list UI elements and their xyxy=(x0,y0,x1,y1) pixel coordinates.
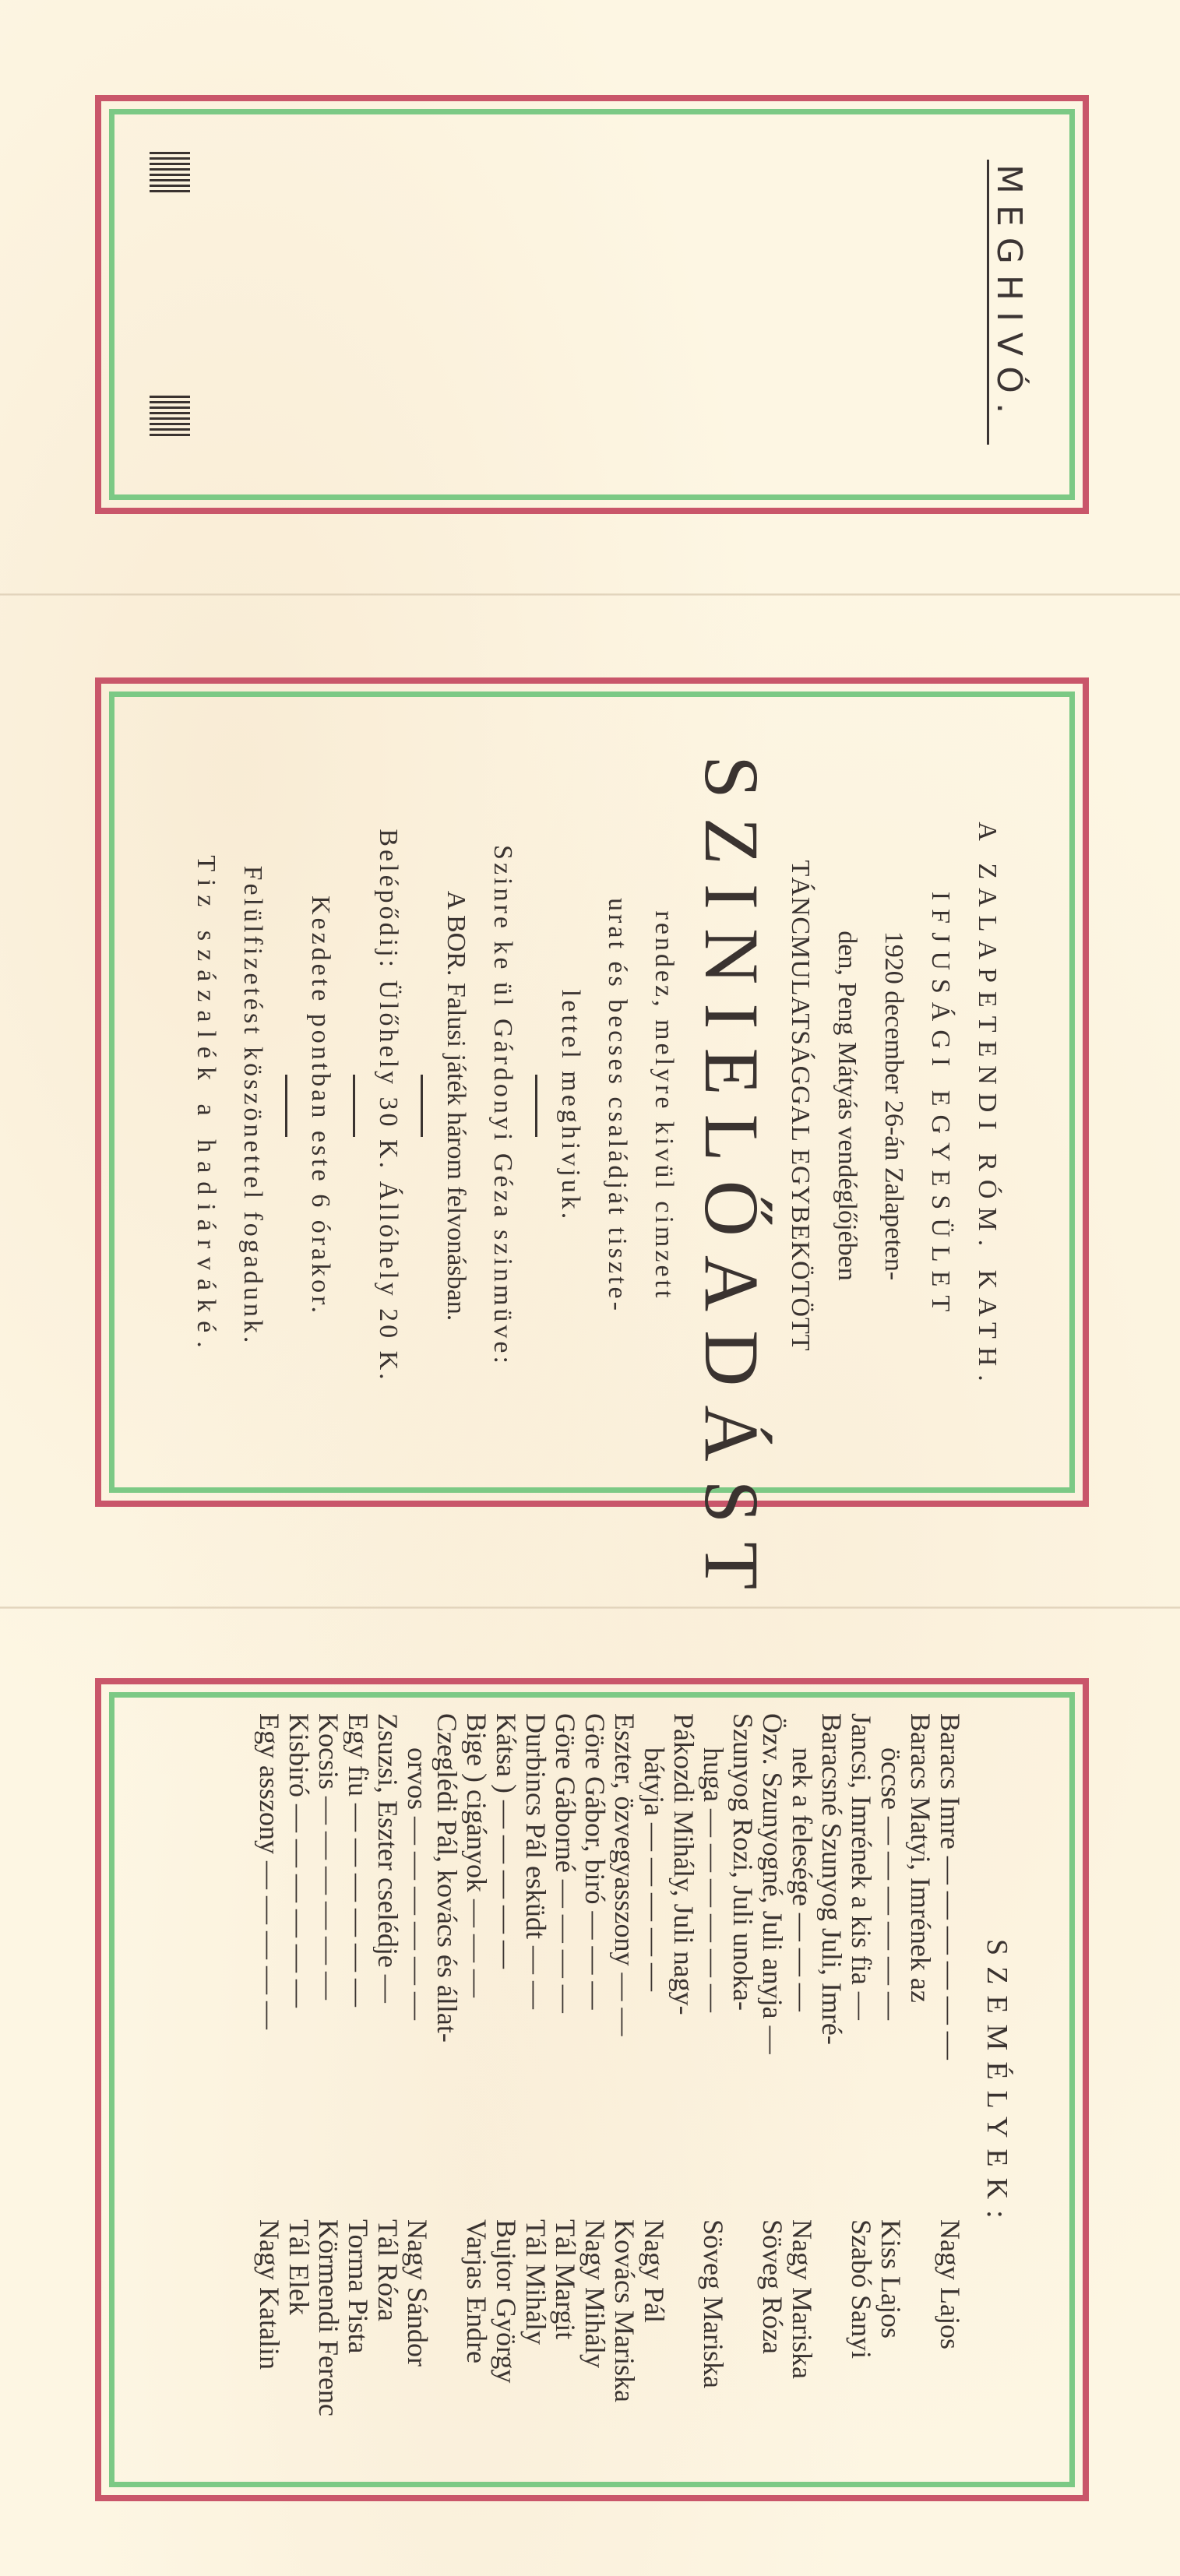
play-line-2: A BOR. Falusi játék három felvonásban. xyxy=(432,755,479,1456)
cast-actor: Nagy Lajos xyxy=(935,2219,965,2461)
fold-crease-upper xyxy=(0,593,1180,596)
cast-role: nek a felesége — — — xyxy=(787,1713,817,2219)
cast-actor: Kiss Lajos xyxy=(876,2219,906,2461)
cast-actor xyxy=(669,2219,699,2461)
cast-role: Kátsa ) — — — — — xyxy=(491,1713,521,2219)
cast-row: Baracs Matyi, Imrének az xyxy=(906,1713,935,2461)
cast-role: Özv. Szunyogné, Juli anyja — xyxy=(758,1713,787,2219)
ornament-bars-icon xyxy=(150,152,190,192)
cast-row: Göre Gábor, biró — — —Nagy Mihály xyxy=(580,1713,610,2461)
invitation-panel: A ZALAPETENDI RÓM. KATH. IFJUSÁGI EGYESÜ… xyxy=(95,677,1089,1507)
cast-row: Egy fiu — — — — — —Torma Pista xyxy=(343,1713,373,2461)
cast-list: Baracs Imre — — — — — —Nagy LajosBaracs … xyxy=(255,1713,965,2461)
cast-row: öccse — — — — — —Kiss Lajos xyxy=(876,1713,906,2461)
cast-actor: Körmendi Ferenc xyxy=(314,2219,343,2461)
cast-actor xyxy=(906,2219,935,2461)
cast-role: Kisbiró — — — — — — xyxy=(284,1713,314,2219)
cast-actor xyxy=(817,2219,847,2461)
cast-role: öccse — — — — — — xyxy=(876,1713,906,2219)
cast-row: Baracsné Szunyog Juli, Imré- xyxy=(817,1713,847,2461)
cast-role: Bige ) cigányok — — — xyxy=(462,1713,491,2219)
body-line-2: urat és becses családját tiszte- xyxy=(594,755,640,1456)
cover-panel: MEGHIVÓ. xyxy=(95,95,1089,514)
cast-role: Jancsi, Imrének a kis fia — xyxy=(847,1713,876,2219)
cast-panel: SZEMÉLYEK: Baracs Imre — — — — — —Nagy L… xyxy=(95,1678,1089,2501)
cast-actor: Söveg Róza xyxy=(758,2219,787,2461)
fold-crease-lower xyxy=(0,1606,1180,1609)
cast-actor: Söveg Mariska xyxy=(699,2219,728,2461)
cast-role: Eszter, özvegyasszony — — xyxy=(610,1713,639,2219)
cast-actor: Nagy Katalin xyxy=(255,2219,284,2461)
cast-row: nek a felesége — — —Nagy Mariska xyxy=(787,1713,817,2461)
organizer-line-2: IFJUSÁGI EGYESÜLET xyxy=(917,755,963,1456)
cast-actor xyxy=(728,2219,758,2461)
cast-actor: Tál Mihály xyxy=(521,2219,551,2461)
inner-green-border xyxy=(109,109,1075,500)
cast-row: bátyja — — — — —Nagy Pál xyxy=(639,1713,669,2461)
cast-actor: Varjas Endre xyxy=(462,2219,491,2461)
closing-line-2: Tiz százalék a hadiárváké. xyxy=(182,755,229,1456)
date-line-2: den, Peng Mátyás vendéglőjében xyxy=(823,755,870,1456)
cast-role: Baracs Matyi, Imrének az xyxy=(906,1713,935,2219)
cover-title: MEGHIVÓ. xyxy=(987,160,1028,445)
cast-row: Egy asszony — — — — —Nagy Katalin xyxy=(255,1713,284,2461)
cast-row: Kocsis — — — — — —Körmendi Ferenc xyxy=(314,1713,343,2461)
cast-actor: Tál Elek xyxy=(284,2219,314,2461)
cast-role: Baracs Imre — — — — — — xyxy=(935,1713,965,2219)
cast-role: Kocsis — — — — — — xyxy=(314,1713,343,2219)
organizer-line-1: A ZALAPETENDI RÓM. KATH. xyxy=(963,755,1010,1456)
cast-row: Baracs Imre — — — — — —Nagy Lajos xyxy=(935,1713,965,2461)
closing-line-1: Felülfizetést köszönettel fogadunk. xyxy=(229,755,276,1456)
cast-actor: Kovács Mariska xyxy=(610,2219,639,2461)
cast-actor xyxy=(432,2219,462,2461)
cast-row: Czeglédi Pál, kovács és állat- xyxy=(432,1713,462,2461)
cast-role: Durbincs Pál esküdt — — xyxy=(521,1713,551,2219)
cast-role: Zsuzsi, Eszter cselédje — xyxy=(373,1713,403,2219)
dance-line: TÁNCMULATSÁGGAL EGYBEKÖTÖTT xyxy=(777,755,823,1456)
cast-role: Egy fiu — — — — — — xyxy=(343,1713,373,2219)
cast-role: Baracsné Szunyog Juli, Imré- xyxy=(817,1713,847,2219)
headline: SZINIELŐADÁST xyxy=(687,755,777,1456)
cast-row: Szunyog Rozi, Juli unoka- xyxy=(728,1713,758,2461)
cast-role: Pákozdi Mihály, Juli nagy- xyxy=(669,1713,699,2219)
cast-role: Göre Gábor, biró — — — xyxy=(580,1713,610,2219)
cast-actor: Nagy Sándor xyxy=(403,2219,432,2461)
separator-rule xyxy=(353,1075,355,1137)
body-line-1: rendez, melyre kivül cimzett xyxy=(640,755,687,1456)
cast-actor: Tál Róza xyxy=(373,2219,403,2461)
cast-row: Kisbiró — — — — — —Tál Elek xyxy=(284,1713,314,2461)
separator-rule xyxy=(421,1075,423,1137)
cast-row: Eszter, özvegyasszony — —Kovács Mariska xyxy=(610,1713,639,2461)
price-line: Belépődij: Ülőhely 30 K. Állóhely 20 K. xyxy=(365,755,411,1456)
cast-row: Jancsi, Imrének a kis fia —Szabó Sanyi xyxy=(847,1713,876,2461)
cast-role: Czeglédi Pál, kovács és állat- xyxy=(432,1713,462,2219)
separator-rule xyxy=(285,1075,287,1137)
cast-actor: Nagy Pál xyxy=(639,2219,669,2461)
cast-actor: Bujtor György xyxy=(491,2219,521,2461)
cast-row: Kátsa ) — — — — —Bujtor György xyxy=(491,1713,521,2461)
invitation-text: A ZALAPETENDI RÓM. KATH. IFJUSÁGI EGYESÜ… xyxy=(153,755,1010,1456)
play-line-1: Szinre ke ül Gárdonyi Géza szinmüve: xyxy=(479,755,526,1456)
cast-row: Zsuzsi, Eszter cselédje —Tál Róza xyxy=(373,1713,403,2461)
cast-row: orvos — — — — — —Nagy Sándor xyxy=(403,1713,432,2461)
start-time-line: Kezdete pontban este 6 órakor. xyxy=(297,755,343,1456)
cast-row: Bige ) cigányok — — —Varjas Endre xyxy=(462,1713,491,2461)
cast-actor: Tál Margit xyxy=(551,2219,580,2461)
ornament-bars-icon xyxy=(150,396,190,436)
cast-role: huga — — — — — — xyxy=(699,1713,728,2219)
cast-role: bátyja — — — — — xyxy=(639,1713,669,2219)
cast-row: Durbincs Pál esküdt — —Tál Mihály xyxy=(521,1713,551,2461)
separator-rule xyxy=(535,1075,537,1137)
date-line-1: 1920 december 26-án Zalapeten- xyxy=(870,755,917,1456)
cast-heading: SZEMÉLYEK: xyxy=(980,1939,1014,2229)
cast-role: Göre Gáborné — — — — xyxy=(551,1713,580,2219)
cast-role: Szunyog Rozi, Juli unoka- xyxy=(728,1713,758,2219)
cast-actor: Nagy Mariska xyxy=(787,2219,817,2461)
cast-row: Pákozdi Mihály, Juli nagy- xyxy=(669,1713,699,2461)
cast-actor: Szabó Sanyi xyxy=(847,2219,876,2461)
cast-actor: Torma Pista xyxy=(343,2219,373,2461)
cast-actor: Nagy Mihály xyxy=(580,2219,610,2461)
cast-role: orvos — — — — — — xyxy=(403,1713,432,2219)
cast-role: Egy asszony — — — — — xyxy=(255,1713,284,2219)
cast-row: Göre Gáborné — — — —Tál Margit xyxy=(551,1713,580,2461)
cast-row: Özv. Szunyogné, Juli anyja —Söveg Róza xyxy=(758,1713,787,2461)
cast-row: huga — — — — — —Söveg Mariska xyxy=(699,1713,728,2461)
body-line-3: lettel meghivjuk. xyxy=(547,755,594,1456)
